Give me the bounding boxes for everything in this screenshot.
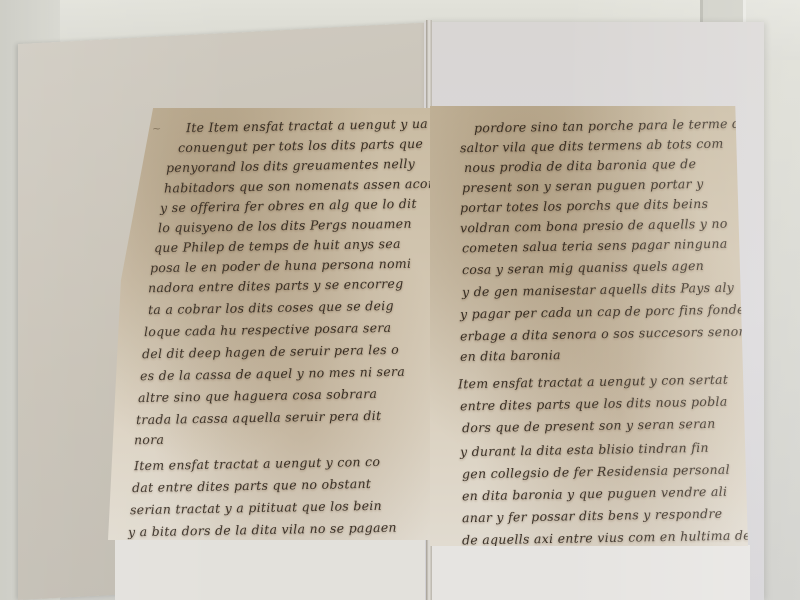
manuscript-line: posa le en poder de huna persona nomi: [150, 256, 412, 276]
manuscript-line: en dita baronia: [460, 347, 561, 364]
manuscript-line: del dit deep hagen de seruir pera les o: [142, 342, 399, 361]
manuscript-line: y se offerira fer obres en alg que lo di…: [160, 196, 417, 215]
manuscript-line: gen collegsio de fer Residensia personal: [462, 462, 730, 482]
manuscript-line: cosa y seran mig quaniss quels agen: [462, 258, 704, 277]
manuscript-line: conuengut per tots los dits parts que: [178, 136, 423, 155]
backing-folder-lower-right: [430, 545, 750, 600]
manuscript-line: loque cada hu respective posara sera: [144, 320, 392, 339]
manuscript-line: nora: [134, 432, 164, 448]
manuscript-line: nous prodia de dita baronia que de: [464, 156, 696, 175]
manuscript-left-page: ~ Ite Item ensfat tractat a uengut y ua …: [108, 108, 430, 540]
manuscript-line: present son y seran puguen portar y: [462, 176, 704, 195]
manuscript-line: y a bita dors de la dita vila no se paga…: [128, 520, 397, 540]
manuscript-line: pordore sino tan porche para le terme de: [474, 116, 748, 136]
manuscript-line: altre sino que haguera cosa sobrara: [138, 386, 377, 405]
manuscript-line: erbage a dita senora o sos succesors sen…: [460, 323, 748, 343]
margin-mark: ~: [152, 122, 161, 135]
manuscript-line: saltor vila que dits termens ab tots com: [460, 136, 724, 156]
manuscript-line: nadora entre dites parts y se encorreg: [148, 276, 404, 295]
backing-folder-lower-left: [115, 540, 425, 600]
manuscript-line: anar y fer possar dits bens y respondre: [462, 506, 723, 526]
manuscript-line: penyorand los dits greuamentes nelly: [166, 156, 415, 175]
manuscript-line: lo quisyeno de los dits Pergs nouamen: [158, 216, 412, 235]
manuscript-line: Item ensfat tractat a uengut y con serta…: [458, 372, 728, 392]
manuscript-line: y durant la dita esta blisio tindran fin: [460, 440, 709, 459]
manuscript-line: habitadors que son nomenats assen acorda: [164, 176, 430, 196]
manuscript-line: serian tractat y a pitituat que los bein: [130, 498, 382, 517]
manuscript-line: que Philep de temps de huit anys sea: [154, 236, 401, 255]
manuscript-line: de aquells axi entre vius com en hultima…: [462, 527, 748, 546]
manuscript-line: en dita baronia y que puguen vendre ali: [462, 484, 728, 504]
manuscript-line: Item ensfat tractat a uengut y con co: [134, 454, 380, 473]
manuscript-line: ta a cobrar los dits coses que se deig: [148, 298, 394, 317]
manuscript-line: cometen salua teria sens pagar ninguna: [462, 236, 728, 256]
manuscript-line: y de gen manisestar aquells dits Pays al…: [462, 280, 734, 300]
manuscript-line: trada la cassa aquella seruir pera dit: [136, 408, 382, 427]
manuscript-line: dat entre dites parts que no obstant: [132, 476, 371, 495]
manuscript-line: voldran com bona presio de aquells y no: [460, 216, 728, 236]
manuscript-right-page: pordore sino tan porche para le terme de…: [430, 106, 748, 546]
manuscript-line: portar totes los porchs que dits beins: [460, 196, 708, 215]
manuscript-line: entre dites parts que los dits nous pobl…: [460, 394, 728, 414]
manuscript-line: dors que de present son y seran seran: [462, 416, 716, 435]
manuscript-line: y pagar per cada un cap de porc fins fon…: [460, 302, 745, 322]
manuscript-line: es de la cassa de aquel y no mes ni sera: [140, 364, 405, 384]
manuscript-line: Ite Item ensfat tractat a uengut y ua: [186, 116, 428, 135]
